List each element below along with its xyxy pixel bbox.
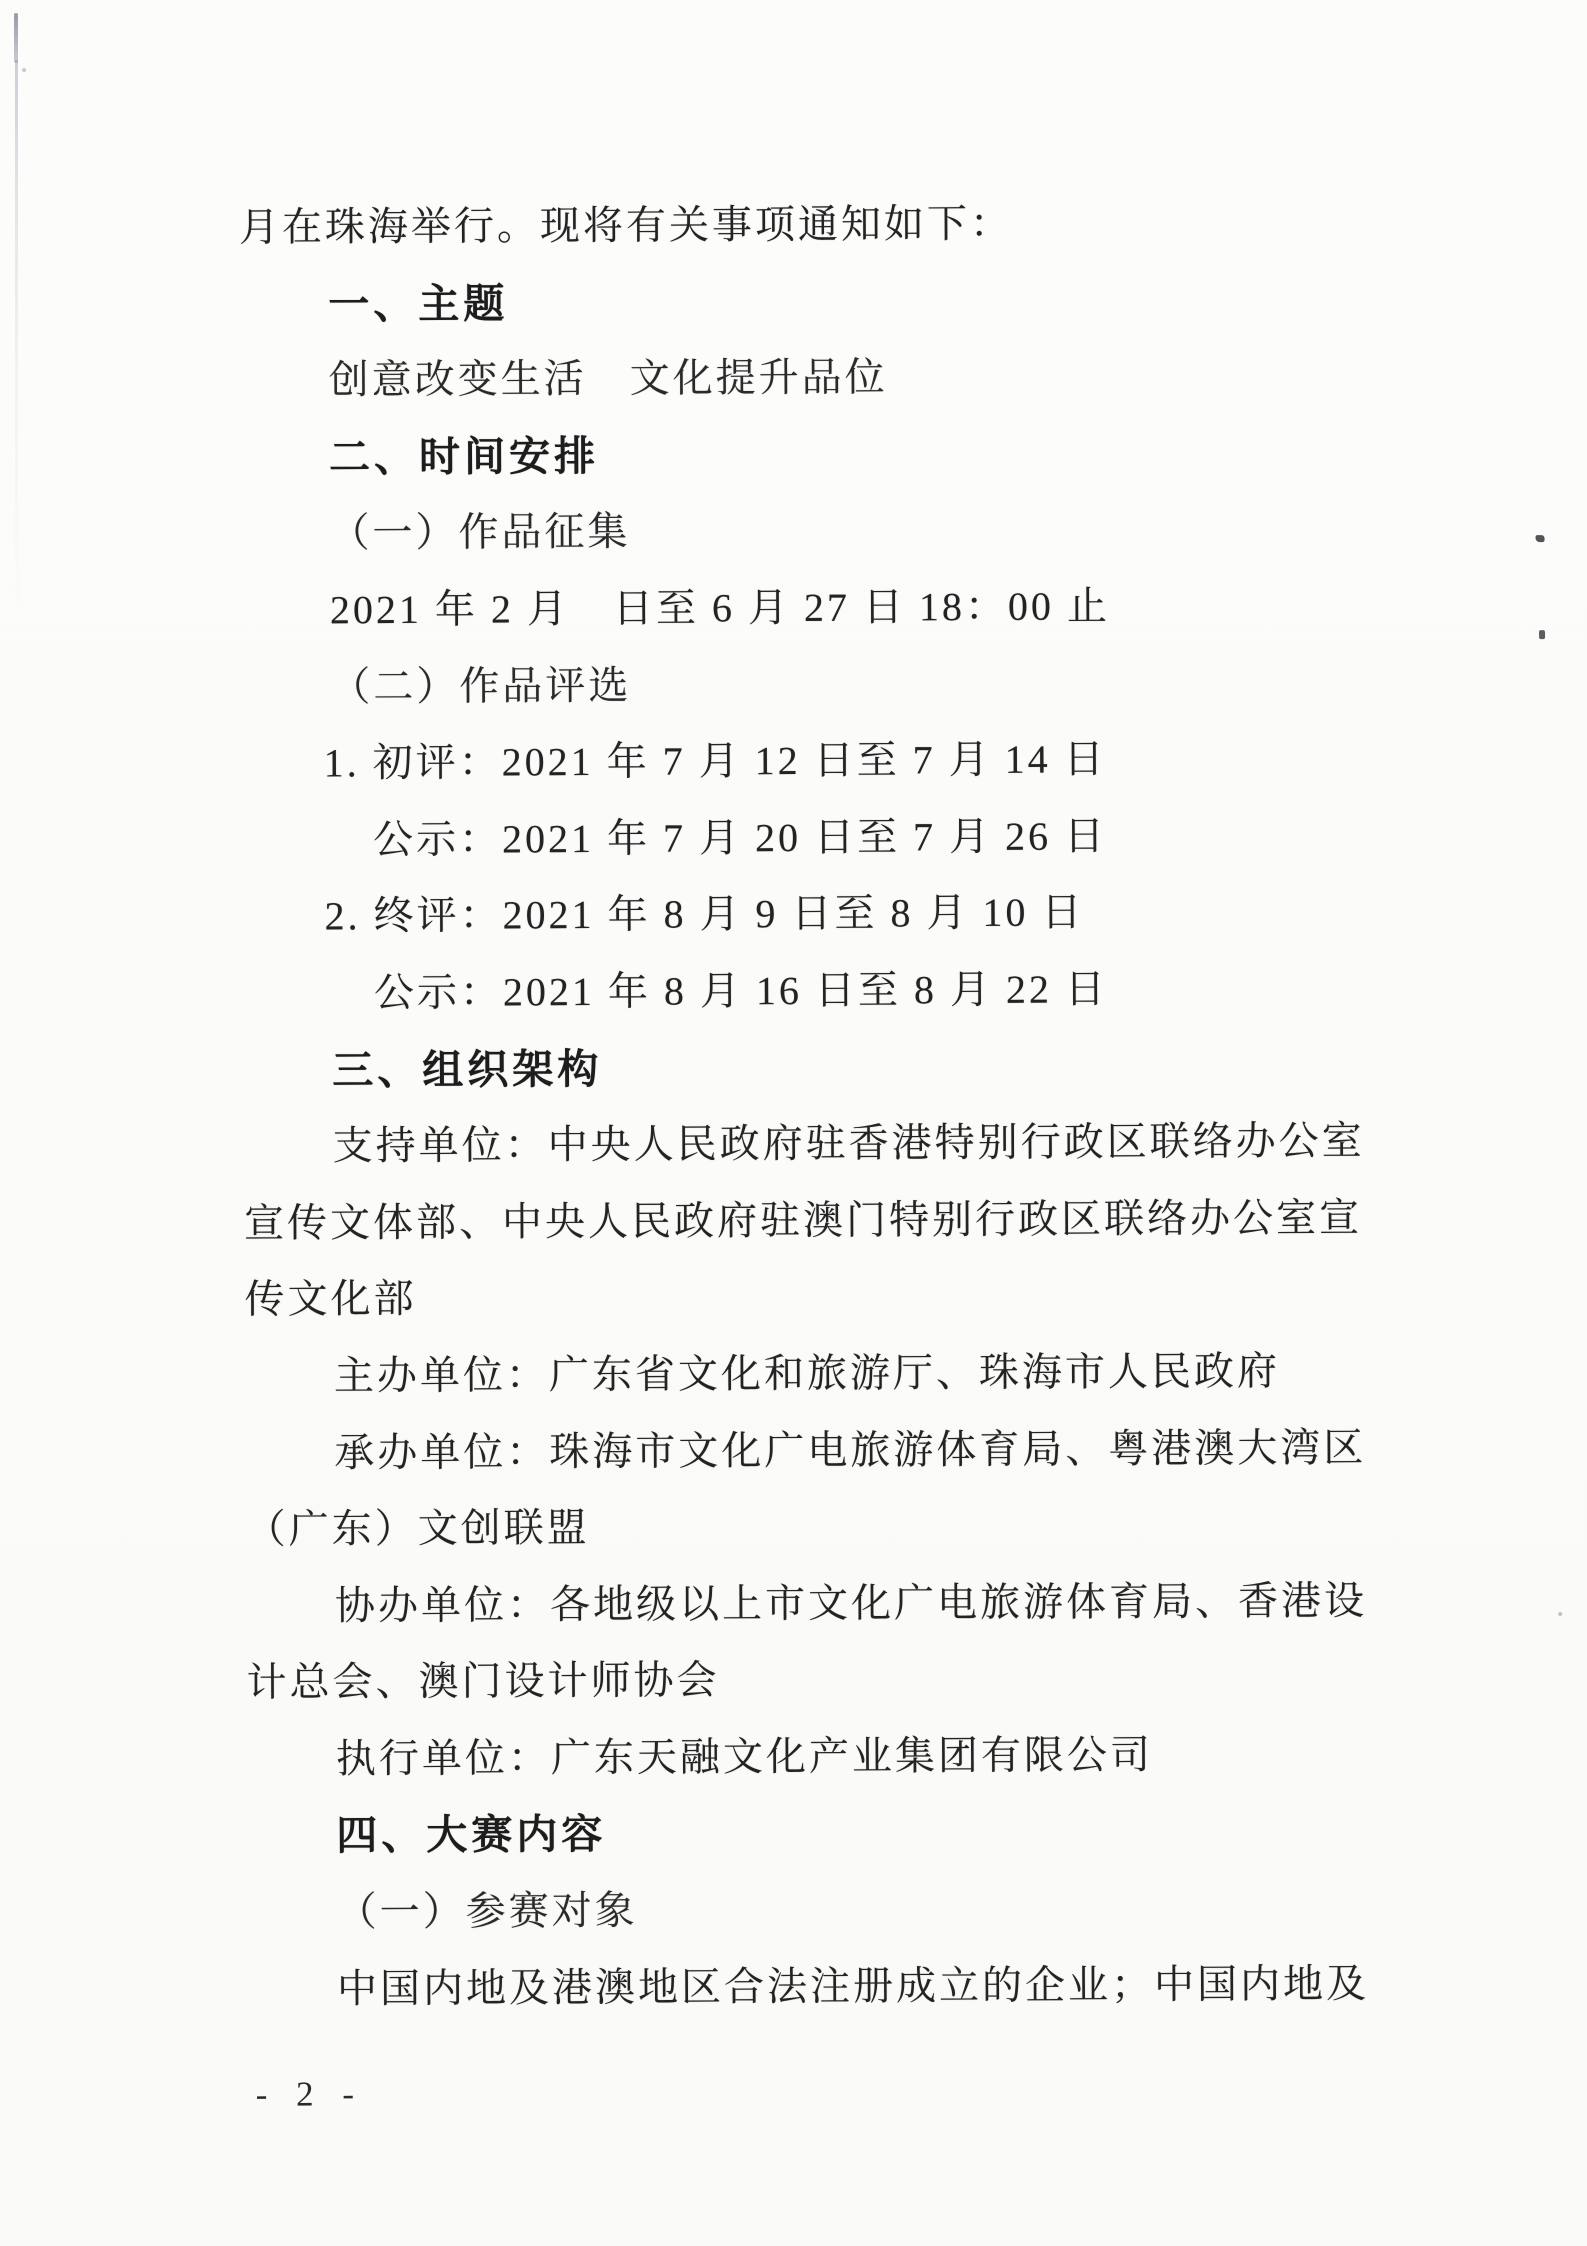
section-heading-1-theme: 一、主题 — [328, 261, 1369, 343]
document-scan-page: { "colors": { "paper": "#fbfbfa", "ink":… — [0, 0, 1587, 2246]
collection-date-line: 2021 年 2 月 日至 6 月 27 日 18：00 止 — [330, 567, 1371, 649]
theme-slogan-line: 创意改变生活 文化提升品位 — [328, 337, 1369, 419]
scan-speck-artifact — [1558, 1612, 1562, 1616]
co-organizer-units-line-2: 计总会、澳门设计师协会 — [246, 1639, 1376, 1722]
participants-body-line: 中国内地及港澳地区合法注册成立的企业；中国内地及 — [337, 1946, 1378, 2028]
first-publicity-date-line: 公示：2021 年 7 月 20 日至 7 月 26 日 — [373, 797, 1372, 879]
page-number: - 2 - — [256, 2064, 365, 2125]
scanned-content: 月在珠海举行。现将有关事项通知如下： 一、主题 创意改变生活 文化提升品位 二、… — [0, 0, 1587, 2246]
organizer-units-line-2: （广东）文创联盟 — [246, 1486, 1376, 1569]
supporting-units-line-3: 传文化部 — [244, 1256, 1374, 1339]
first-review-date-line: 1. 初评：2021 年 7 月 12 日至 7 月 14 日 — [324, 720, 1372, 802]
subsection-participants-heading: （一）参赛对象 — [337, 1869, 1378, 1951]
scan-speck-artifact — [1536, 535, 1545, 542]
paragraph-continuation-line: 月在珠海举行。现将有关事项通知如下： — [239, 184, 1369, 267]
section-heading-4-content: 四、大赛内容 — [336, 1792, 1377, 1874]
scan-speck-artifact — [1539, 630, 1545, 639]
final-review-date-line: 2. 终评：2021 年 8 月 9 日至 8 月 10 日 — [324, 873, 1372, 955]
executing-unit-line: 执行单位：广东天融文化产业集团有限公司 — [336, 1716, 1377, 1798]
section-heading-2-schedule: 二、时间安排 — [329, 414, 1370, 496]
section-heading-3-organization: 三、组织架构 — [332, 1026, 1373, 1108]
document-text-block: 月在珠海举行。现将有关事项通知如下： 一、主题 创意改变生活 文化提升品位 二、… — [239, 184, 1379, 2028]
organizer-units-line-1: 承办单位：珠海市文化广电旅游体育局、粤港澳大湾区 — [334, 1409, 1375, 1491]
subsection-selection-heading: （二）作品评选 — [330, 644, 1371, 726]
scan-speck-artifact — [22, 68, 26, 72]
host-units-line: 主办单位：广东省文化和旅游厅、珠海市人民政府 — [334, 1333, 1375, 1415]
subsection-collection-heading: （一）作品征集 — [329, 490, 1370, 572]
supporting-units-line-1: 支持单位：中央人民政府驻香港特别行政区联络办公室 — [333, 1103, 1374, 1185]
co-organizer-units-line-1: 协办单位：各地级以上市文化广电旅游体育局、香港设 — [335, 1563, 1376, 1645]
final-publicity-date-line: 公示：2021 年 8 月 16 日至 8 月 22 日 — [374, 950, 1373, 1032]
supporting-units-line-2: 宣传文体部、中央人民政府驻澳门特别行政区联络办公室宣 — [244, 1180, 1374, 1263]
